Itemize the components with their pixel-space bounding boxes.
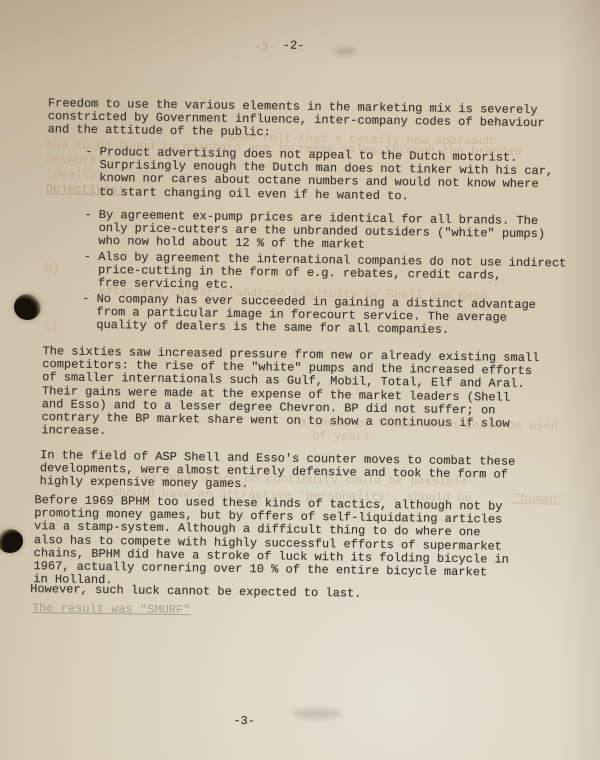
bullet-item-ex-pump-prices: - By agreement ex-pump prices are identi… xyxy=(84,209,545,255)
ghost-text: c) xyxy=(44,320,59,333)
page-number-top: -2- xyxy=(283,40,305,54)
ghost-text: b) xyxy=(45,262,60,275)
typewritten-content: -2- -3- Freedom to use the various eleme… xyxy=(0,0,600,760)
paragraph-however: However, such luck cannot be expected to… xyxy=(30,583,361,601)
scanned-page: -2- -3- Freedom to use the various eleme… xyxy=(0,0,600,760)
smudge-mark xyxy=(334,48,356,55)
page-number-bottom: -3- xyxy=(233,715,255,729)
bullet-item-company-image: - No company has ever succeeded in gaini… xyxy=(82,293,536,339)
paragraph-bphm: Before 1969 BPHM too used these kinds of… xyxy=(33,494,510,593)
ghost-text-smurf: The result was "SMURF" xyxy=(32,602,191,617)
ghost-text: of years xyxy=(312,430,370,444)
ghost-page-number: -3- xyxy=(254,41,276,55)
smudge-mark xyxy=(293,708,341,719)
bullet-item-product-advertising: - Product advertising does not appeal to… xyxy=(85,146,554,205)
punch-hole-icon xyxy=(14,294,41,320)
text-line: However, such luck cannot be expected to… xyxy=(30,583,361,601)
ghost-text: "human" xyxy=(513,493,564,507)
